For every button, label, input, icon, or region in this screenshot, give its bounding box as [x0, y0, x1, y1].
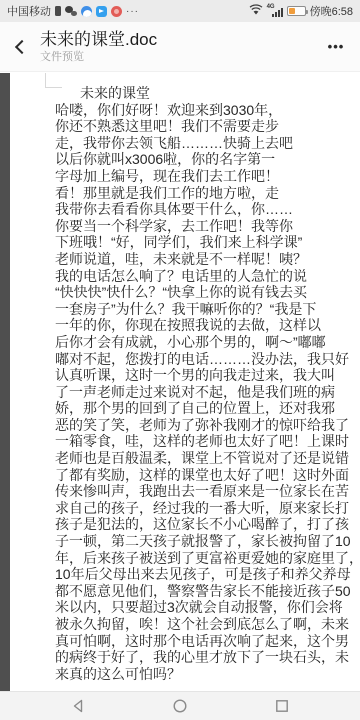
document-body: 未来的课堂 哈喽，你们好呀！欢迎来到3030年，你还不熟悉这里吧！我们不需要走步… [55, 85, 355, 682]
document-line: 哈喽，你们好呀！欢迎来到3030年， [55, 102, 355, 119]
document-title: 未来的课堂 [80, 85, 355, 102]
document-line: 都不愿意见他们，警察警告家长不能接近孩子50 [55, 583, 355, 600]
file-title: 未来的课堂.doc [40, 30, 312, 50]
status-bar: 中国移动 ··· 4G 傍晚6:58 [0, 0, 360, 22]
document-lines: 哈喽，你们好呀！欢迎来到3030年，你还不熟悉这里吧！我们不需要走步走，我带你去… [55, 102, 355, 683]
document-preview-area[interactable]: 未来的课堂 哈喽，你们好呀！欢迎来到3030年，你还不熟悉这里吧！我们不需要走步… [0, 73, 360, 691]
document-line: 一年的你，你现在按照我说的去做，这样以 [55, 317, 355, 334]
document-line: 下班哦！“好，同学们，我们来上科学课” [55, 234, 355, 251]
document-line: 恶的笑了笑，老师为了弥补我刚才的惊吓给我了 [55, 417, 355, 434]
document-line: 来真的这么可怕吗？ [55, 666, 355, 683]
document-line: 你还不熟悉这里吧！我们不需要走步 [55, 118, 355, 135]
document-line: 孩子是犯法的，这位家长不小心喝醉了，打了孩 [55, 516, 355, 533]
document-line: 传来惨叫声，我跑出去一看原来是一位家长在苦 [55, 483, 355, 500]
document-line: 走，我带你去领飞船………快骑上去吧 [55, 135, 355, 152]
signal-strength-icon: 4G [267, 5, 283, 18]
document-line: 10年后父母出来去见孩子，可是孩子和养父养母 [55, 566, 355, 583]
document-line: 年，后来孩子被送到了更富裕更爱她的家庭里了， [55, 550, 355, 567]
document-line: 我带你去看看你具体要干什么，你…… [55, 201, 355, 218]
document-line: 老师说道，哇，未来就是不一样呢！咦？ [55, 251, 355, 268]
document-line: 老师也是百般温柔，课堂上不管说对了还是说错 [55, 450, 355, 467]
clock-label: 傍晚6:58 [310, 3, 353, 19]
battery-icon [287, 6, 306, 16]
document-line: 求自己的孩子，经过我的一番大听，原来家长打 [55, 500, 355, 517]
navigation-app-icon [96, 6, 107, 17]
nav-back-button[interactable] [58, 692, 98, 720]
document-line: 了都有奖励，这样的课堂也太好了吧！这时外面 [55, 467, 355, 484]
vibrate-icon [55, 6, 61, 16]
document-line: 认真听课，这时一个男的向我走过来，我大叫 [55, 367, 355, 384]
wifi-icon [249, 4, 263, 19]
home-circle-icon [172, 698, 188, 714]
file-preview-header: 未来的课堂.doc 文件预览 ••• [0, 22, 360, 72]
document-line: 米以内，只要超过3次就会自动报警，你们会将 [55, 599, 355, 616]
phone-screen: 中国移动 ··· 4G 傍晚6:58 [0, 0, 360, 720]
document-line: 了一声老师走过来说对不起，他是我们班的病 [55, 384, 355, 401]
chevron-left-icon [15, 39, 29, 53]
back-triangle-icon [70, 698, 86, 714]
browser-app-icon [81, 6, 92, 17]
document-line: 字母加上编号，现在我们去工作吧！ [55, 168, 355, 185]
document-line: 看！那里就是我们工作的地方啦，走 [55, 185, 355, 202]
carrier-label: 中国移动 [7, 3, 51, 19]
document-line: 真可怕啊，这时那个电话再次响了起来，这个男 [55, 633, 355, 650]
document-line: 后你才会有成就，小心那个男的，啊～”嘟嘟 [55, 334, 355, 351]
chat-bubbles-icon [65, 6, 77, 16]
document-line: 以后你就叫x3006啦，你的名字第一 [55, 151, 355, 168]
document-line: 我的电话怎么响了？电话里的人急忙的说 [55, 268, 355, 285]
more-notifications-indicator: ··· [126, 6, 139, 17]
document-line: 娇，那个男的回到了自己的位置上，还对我邪 [55, 400, 355, 417]
android-nav-bar [0, 691, 360, 720]
more-options-button[interactable]: ••• [312, 22, 360, 72]
nav-home-button[interactable] [160, 692, 200, 720]
header-titles: 未来的课堂.doc 文件预览 [40, 30, 312, 64]
document-line: 的病终于好了，我的心里才放下了一块石头，未 [55, 649, 355, 666]
document-line: 一套房子”为什么？我干嘛听你的？“我是下 [55, 301, 355, 318]
document-line: 子一顿，第二天孩子就报警了，家长被拘留了10 [55, 533, 355, 550]
file-preview-label: 文件预览 [40, 51, 312, 64]
nav-recents-button[interactable] [262, 692, 302, 720]
recents-square-icon [274, 698, 290, 714]
back-button[interactable] [0, 22, 40, 72]
page-edge-strip [0, 73, 10, 691]
document-line: 一箱零食，哇，这样的老师也太好了吧！上课时 [55, 433, 355, 450]
red-app-icon [111, 6, 122, 17]
document-line: 你要当一个科学家，去工作吧！我等你 [55, 218, 355, 235]
document-line: 被永久拘留，唉！这个社会到底怎么了啊，未来 [55, 616, 355, 633]
document-line: “快快快”快什么？“快拿上你的说有钱去买 [55, 284, 355, 301]
document-line: 嘟对不起，您拨打的电话………没办法，我只好 [55, 351, 355, 368]
